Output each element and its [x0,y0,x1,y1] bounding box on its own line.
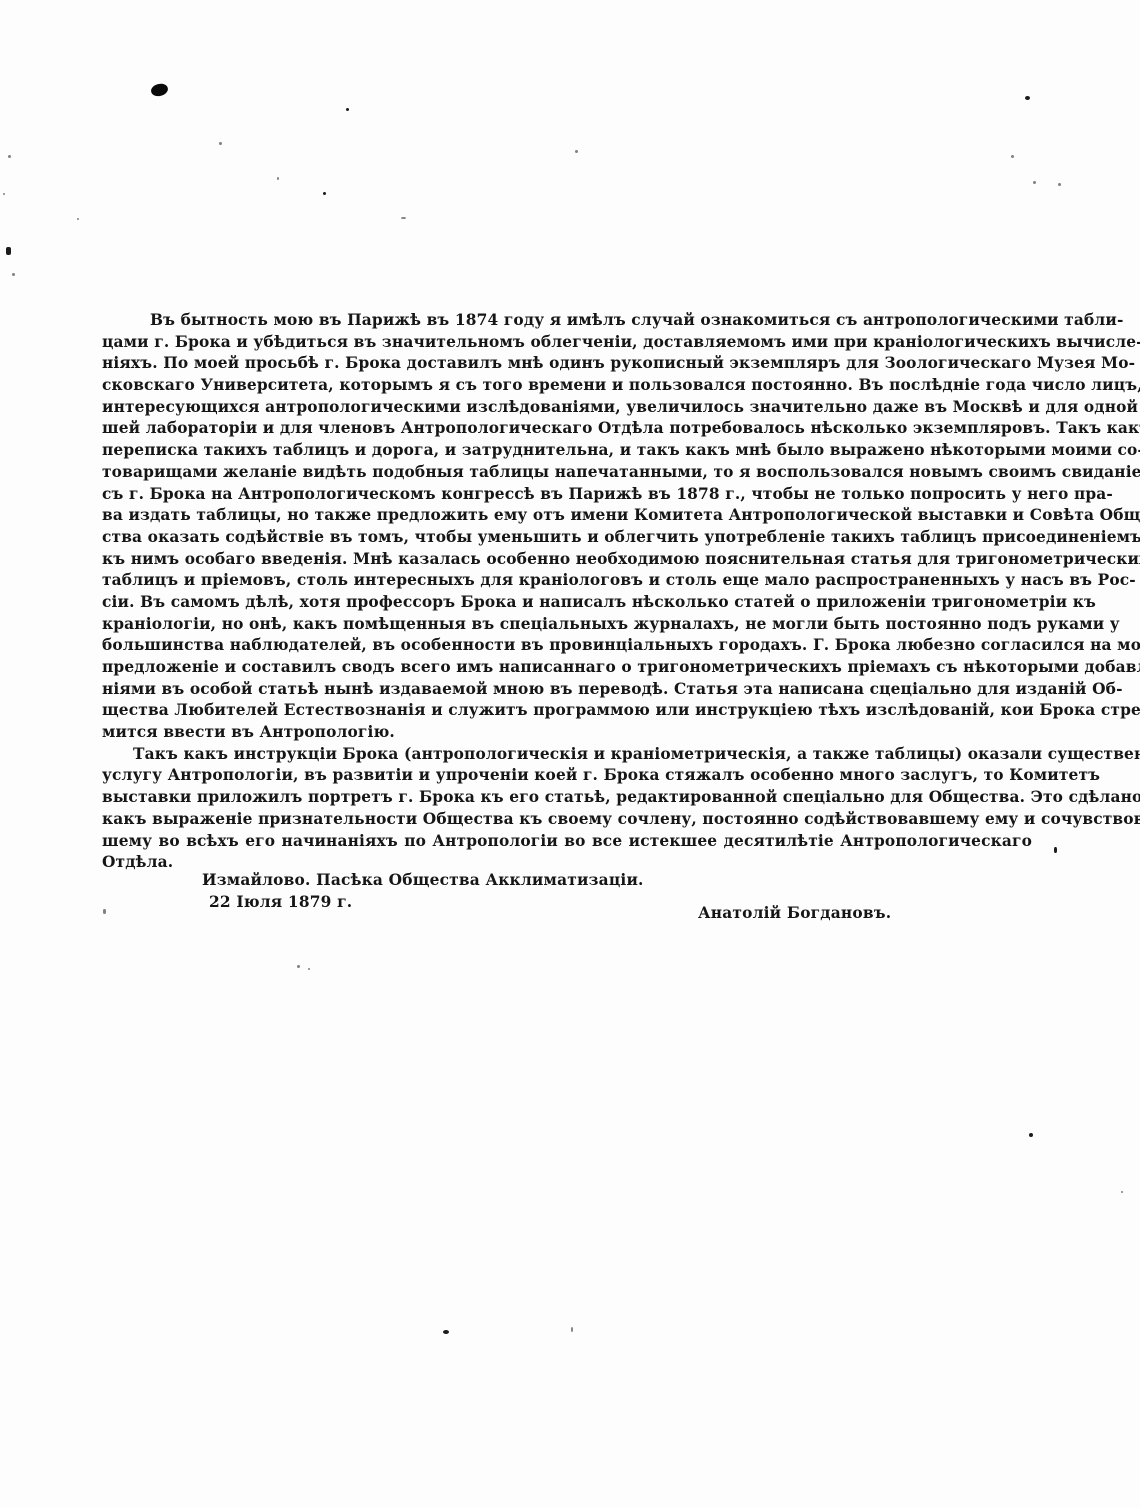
ink-speck [1058,183,1061,186]
signature: Анатолій Богдановъ. [698,904,891,922]
ink-speck [323,192,326,195]
ink-speck [12,273,15,276]
ink-blot [150,82,169,97]
text-line: таблицъ и пріемовъ, столь интересныхъ дл… [102,570,1032,592]
text-line: къ нимъ особаго введенія. Мнѣ казалась о… [102,549,1032,571]
text-line: большинства наблюдателей, въ особенности… [102,635,1032,657]
text-line: краніологіи, но онѣ, какъ помѣщенныя въ … [102,614,1032,636]
ink-speck [297,965,300,968]
ink-speck [443,1330,449,1334]
text-line: Въ бытность мою въ Парижѣ въ 1874 году я… [102,310,1032,332]
text-line: шему во всѣхъ его начинаніяхъ по Антропо… [102,831,1032,853]
ink-speck [571,1327,573,1332]
text-line: какъ выраженіе признательности Общества … [102,809,1032,831]
text-line: шей лабораторіи и для членовъ Антрополог… [102,418,1032,440]
ink-speck [1121,1191,1123,1193]
ink-speck [1054,847,1057,853]
ink-speck [346,108,349,111]
ink-speck [77,218,79,220]
ink-speck [575,150,578,153]
text-line: товарищами желаніе видѣть подобныя табли… [102,462,1032,484]
scanned-page: Въ бытность мою въ Парижѣ въ 1874 году я… [0,0,1140,1508]
text-line: услугу Антропологіи, въ развитіи и упроч… [102,765,1032,787]
text-line: ва издать таблицы, но также предложить е… [102,505,1032,527]
ink-speck [1029,1133,1033,1137]
text-line: мится ввести въ Антропологію. [102,722,1032,744]
text-line: переписка такихъ таблицъ и дорога, и зат… [102,440,1032,462]
text-line: Такъ какъ инструкціи Брока (антропологич… [102,744,1032,766]
ink-speck [8,155,11,158]
ink-speck [103,909,106,914]
text-line: съ г. Брока на Антропологическомъ конгре… [102,484,1032,506]
ink-speck [1025,96,1030,100]
ink-speck [3,193,5,195]
ink-speck [277,177,279,180]
text-line: выставки приложилъ портретъ г. Брока къ … [102,787,1032,809]
ink-speck [1033,181,1036,184]
text-line: ства оказать содѣйствіе въ томъ, чтобы у… [102,527,1032,549]
place-line: Измайлово. Пасѣка Общества Акклиматизаці… [202,871,644,889]
text-line: ніями въ особой статьѣ нынѣ издаваемой м… [102,679,1032,701]
text-line: ніяхъ. По моей просьбѣ г. Брока доставил… [102,353,1032,375]
ink-speck [6,247,11,255]
date-line: 22 Іюля 1879 г. [209,893,352,911]
text-line: щества Любителей Естествознанія и служит… [102,700,1032,722]
text-line: сковскаго Университета, которымъ я съ то… [102,375,1032,397]
ink-speck [219,142,222,145]
text-line: сіи. Въ самомъ дѣлѣ, хотя профессоръ Бро… [102,592,1032,614]
ink-speck [308,968,310,970]
text-line: цами г. Брока и убѣдиться въ значительно… [102,332,1032,354]
text-line: предложеніе и составилъ сводъ всего имъ … [102,657,1032,679]
ink-speck [401,217,406,219]
ink-speck [1011,155,1014,158]
text-line: интересующихся антропологическими изслѣд… [102,397,1032,419]
preface-text: Въ бытность мою въ Парижѣ въ 1874 году я… [102,310,1032,852]
